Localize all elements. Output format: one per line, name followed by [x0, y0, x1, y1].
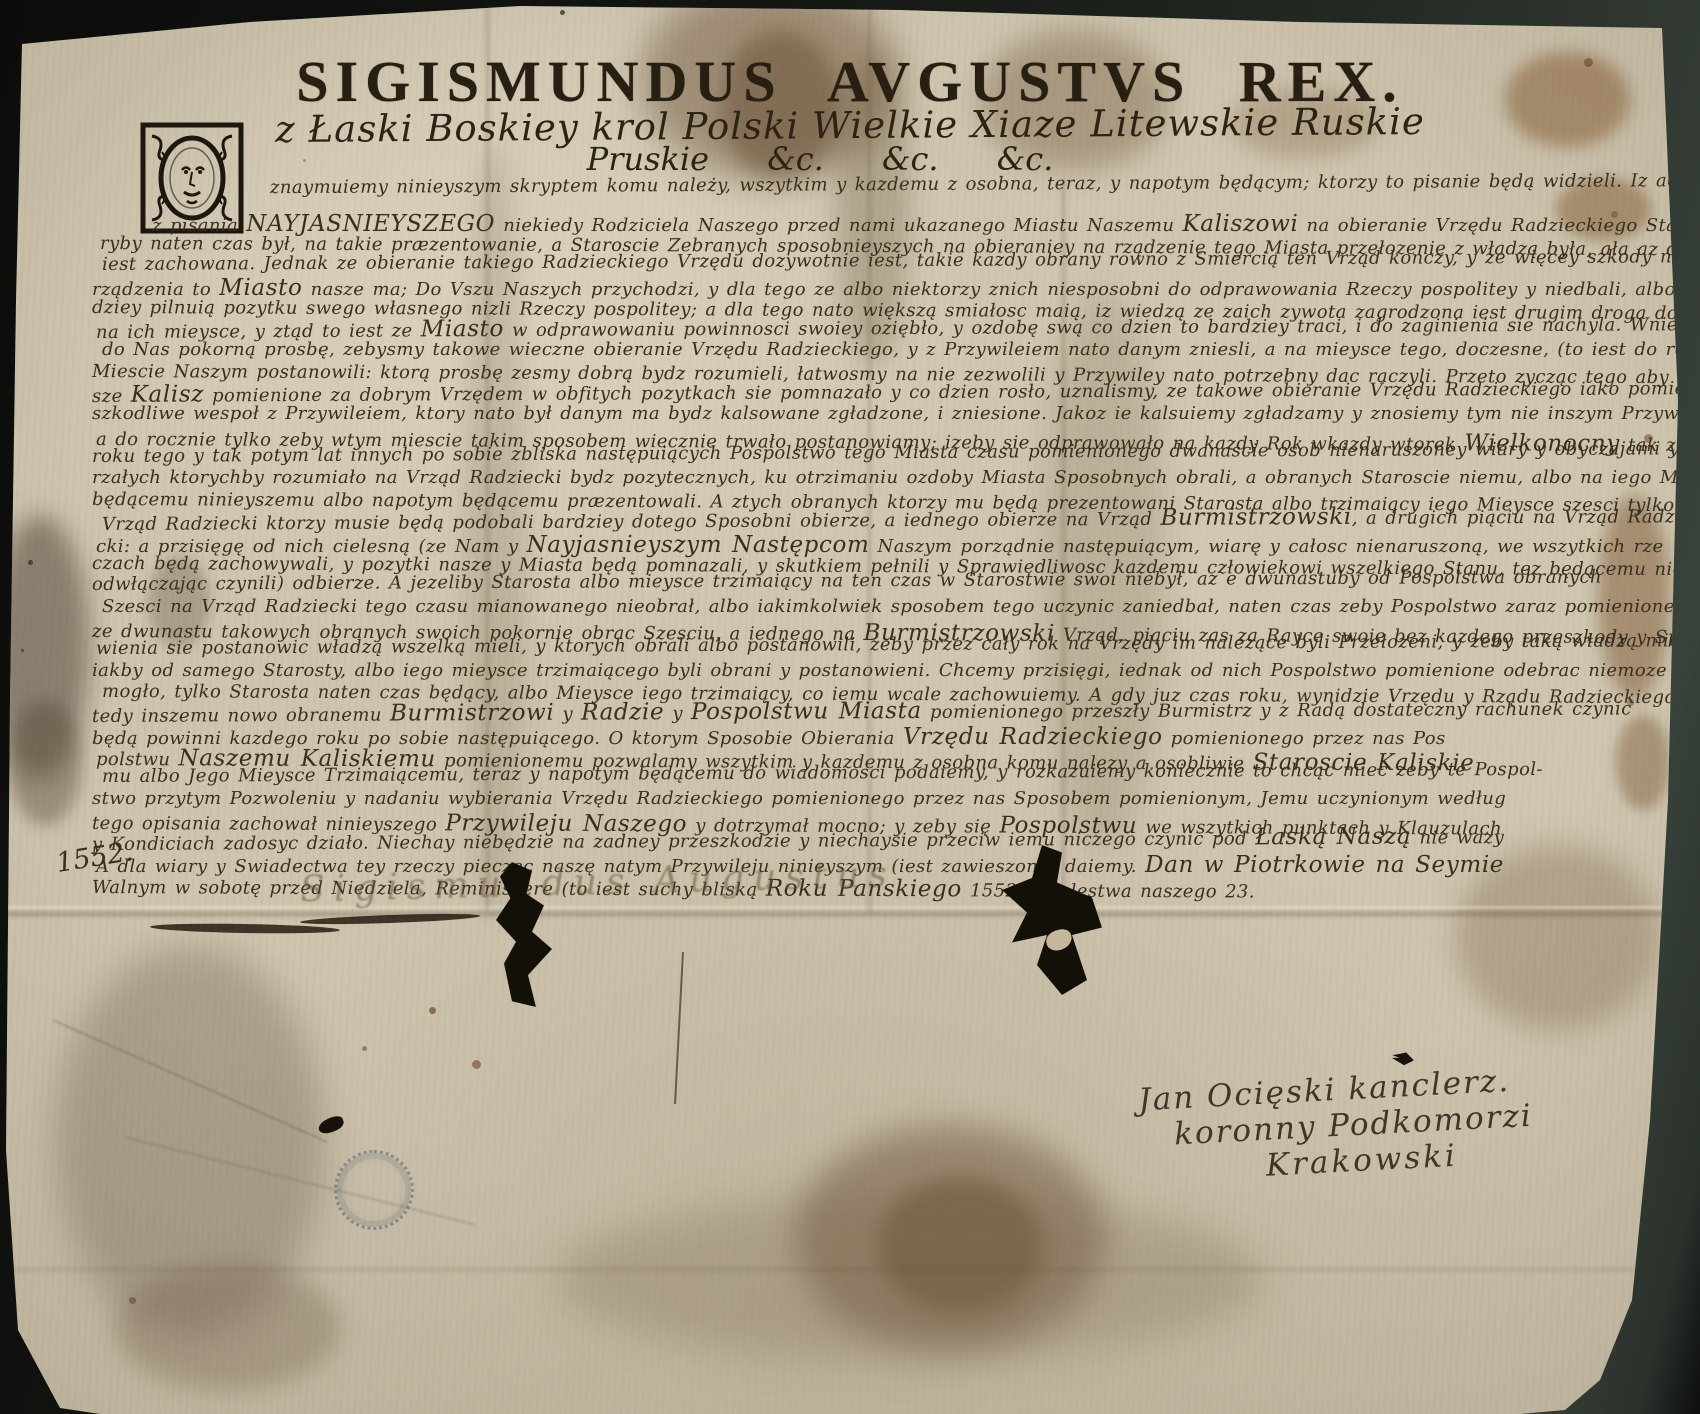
body-text: znaymuiemy ninieyszym skryptem komu nale…: [92, 178, 1652, 894]
stain: [555, 1195, 1265, 1360]
body-line: do Nas pokorną prosbę, zebysmy takowe wi…: [102, 339, 1652, 360]
body-line: rządzenia to Miasto nasze ma; Do Vszu Na…: [92, 275, 1652, 296]
body-line: szkodliwe wespoł z Przywileiem, ktory na…: [92, 403, 1652, 424]
chancellor-signature: Jan Ocięski kanclerz. koronny Podkomorzi…: [1137, 1062, 1535, 1190]
ink-trail: [674, 952, 684, 1104]
fold-line: [0, 1268, 1700, 1271]
body-line: z pisania NAYJASNIEYSZEGO niekiedy Rodzi…: [96, 211, 1652, 232]
parchment-sheet: SIGISMUNDUS AVGUSTVS REX. z Łaski Boskie…: [0, 0, 1700, 1414]
stain: [115, 1265, 340, 1390]
scanned-document: SIGISMUNDUS AVGUSTVS REX. z Łaski Boskie…: [0, 0, 1700, 1414]
body-line: będą powinni kazdego roku po sobie nastę…: [92, 724, 1652, 745]
fold-highlight: [0, 906, 1700, 909]
body-line: stwo przytym Pozwoleniu y nadaniu wybier…: [92, 788, 1652, 809]
body-line: iakby od samego Starosty, albo iego miey…: [92, 660, 1652, 681]
body-line: cki: a przisięgę od nich cielesną (ze Na…: [96, 532, 1652, 553]
library-stamp: [334, 1150, 414, 1230]
body-line: rzałych ktorychby rozumiało na Vrząd Rad…: [92, 467, 1652, 488]
body-line: Szesci na Vrząd Radziecki tego czasu mia…: [102, 596, 1652, 617]
stain: [8, 700, 82, 825]
ink-blot: [1391, 1050, 1415, 1067]
fold-line: [0, 912, 1700, 916]
signature-flourish: [150, 922, 340, 934]
